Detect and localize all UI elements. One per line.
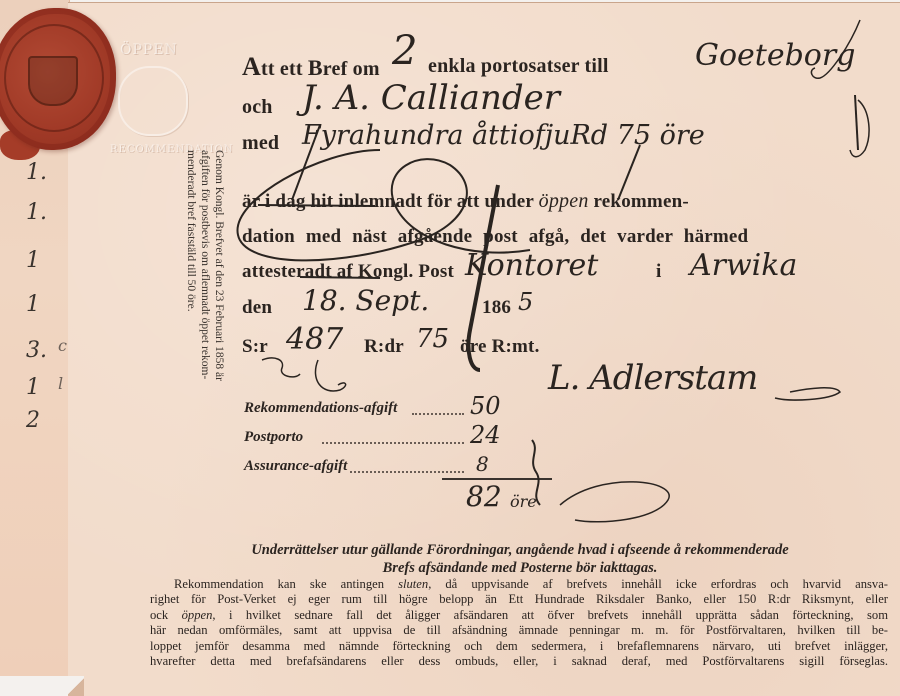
- printed-text: enkla portosatser till: [428, 55, 609, 78]
- tally-extra-mark: l: [58, 374, 63, 393]
- printed-attesteradt: attesteradt af Kongl. Post: [242, 261, 454, 283]
- leader-dots: [412, 413, 464, 415]
- notice-line: hvarefter detta med brefafsändarens elle…: [150, 654, 888, 669]
- seal-crest-icon: [28, 56, 78, 106]
- notice-line: här nedan omförmäles, samt att uppvisa d…: [150, 623, 888, 638]
- side-note-line: Genom Kongl. Brefvet af den 23 Februari …: [212, 150, 226, 530]
- notice-text: , i hvilket sednare fall det åligger afs…: [212, 608, 888, 622]
- notice-italic: sluten: [398, 577, 428, 591]
- side-note-vertical: Genom Kongl. Brefvet af den 23 Februari …: [138, 150, 226, 530]
- handwritten-office: Kontoret: [465, 248, 598, 283]
- notice-line: loppet jemför desamma med nämnde förteck…: [150, 639, 888, 654]
- notice-title: Underrättelser utur gällande Förordninga…: [150, 541, 890, 577]
- leader-dots: [322, 442, 464, 444]
- notice-line: Rekommendation kan ske antingen sluten, …: [150, 577, 888, 592]
- handwritten-riksdaler: 487: [286, 322, 343, 357]
- notice-line: righet för Post-Verket ej eger rum till …: [150, 592, 888, 607]
- fee-value: 24: [470, 421, 501, 449]
- printed-year: 186: [482, 297, 511, 319]
- handwritten-count: 2: [392, 28, 417, 74]
- notice-italic: öppen: [182, 608, 213, 622]
- form-line-4: är i dag hit inlemnadt för att under öpp…: [242, 190, 689, 213]
- printed-den: den: [242, 297, 272, 319]
- signature: L. Adlerstam: [548, 358, 757, 398]
- notice-text: Rekommendation kan ske antingen: [174, 577, 398, 591]
- printed-rdr: R:dr: [364, 336, 404, 358]
- printed-text: tt ett: [261, 58, 308, 80]
- handwritten-place: Arwika: [690, 248, 797, 283]
- printed-med: med: [242, 132, 279, 155]
- printed-text: ref om: [323, 58, 380, 80]
- notice-body: Rekommendation kan ske antingen sluten, …: [150, 577, 888, 669]
- side-note-line: afgiften för postbevis om aflemnadt öppe…: [198, 150, 212, 530]
- tally-mark: 1: [26, 292, 66, 317]
- printed-italic-oppen: öppen: [539, 190, 589, 212]
- side-note-line: menderadt bref faststäld till 50 öre.: [184, 150, 198, 530]
- notice-line: ock öppen, i hvilket sednare fall det ål…: [150, 608, 888, 623]
- printed-sr: S:r: [242, 336, 268, 358]
- handwritten-year-digit: 5: [518, 288, 533, 316]
- handwritten-recipient: J. A. Calliander: [302, 78, 560, 118]
- printed-ore-rmt: öre R:mt.: [460, 336, 540, 358]
- emboss-top-text: ÖPPEN: [120, 42, 178, 58]
- tally-extra-mark: c: [58, 336, 67, 355]
- tally-mark: 2: [26, 408, 66, 433]
- fee-value: 8: [476, 452, 489, 476]
- handwritten-ore: 75: [416, 324, 449, 354]
- printed-text: är i dag hit inlemnadt för att under: [242, 191, 534, 212]
- emboss-crest-icon: [118, 66, 188, 136]
- handwritten-destination: Goeteborg: [695, 38, 855, 73]
- embossed-stamp: ÖPPEN RECOMMENDATION: [100, 42, 220, 162]
- tally-mark: 1.: [26, 200, 66, 225]
- printed-i: i: [656, 261, 661, 283]
- printed-initial: B: [308, 55, 323, 80]
- fee-label: Assurance-afgift: [244, 458, 347, 475]
- printed-initial: A: [242, 52, 261, 81]
- printed-och: och: [242, 96, 273, 119]
- handwritten-amount-words: Fyrahundra åttiofjuRd 75 öre: [302, 120, 705, 151]
- tally-mark: 1: [26, 248, 66, 273]
- document-scan: ÖPPEN RECOMMENDATION 1. 1. 1 1 3. 1 2 c …: [0, 0, 900, 696]
- notice-text: ock: [150, 608, 182, 622]
- notice-title-line: Brefs afsändande med Posterne bör iaktta…: [150, 559, 890, 577]
- fees-total-unit: öre: [510, 492, 537, 511]
- fee-value: 50: [470, 392, 501, 420]
- fee-label: Postporto: [244, 429, 303, 446]
- corner-fold: [68, 676, 84, 696]
- tally-mark: 1.: [26, 160, 66, 185]
- fee-label: Rekommendations-afgift: [244, 400, 397, 417]
- printed-text: rekommen-: [594, 191, 689, 212]
- notice-title-line: Underrättelser utur gällande Förordninga…: [150, 541, 890, 559]
- leader-dots: [350, 471, 464, 473]
- notice-text: , då uppvisande af brefvets innehåll ick…: [428, 577, 888, 591]
- handwritten-date: 18. Sept.: [302, 284, 429, 317]
- form-line-5: dation med näst afgående post afgå, det …: [242, 226, 748, 248]
- fees-total-value: 82: [466, 480, 502, 513]
